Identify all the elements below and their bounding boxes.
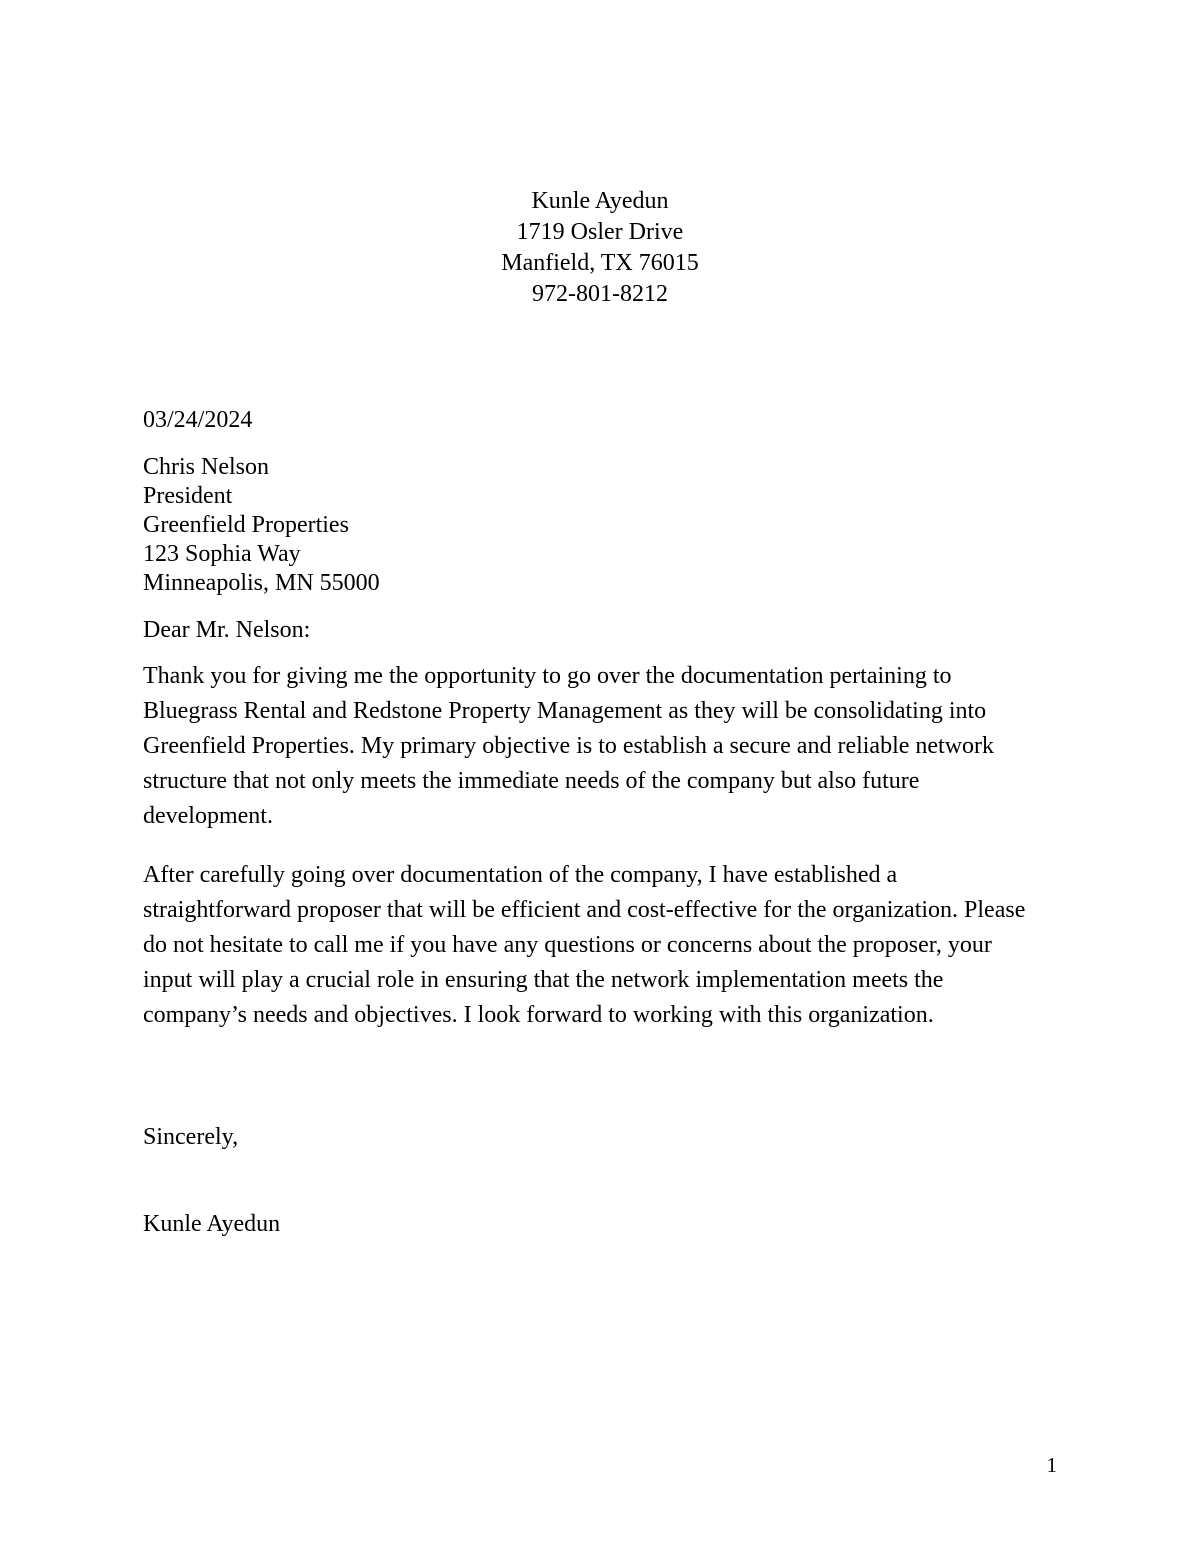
letter-body: 03/24/2024 Chris Nelson President Greenf…: [0, 406, 1200, 1239]
body-paragraph-1: Thank you for giving me the opportunity …: [143, 659, 1042, 834]
valediction: Sincerely,: [143, 1123, 1042, 1152]
recipient-block: Chris Nelson President Greenfield Proper…: [143, 453, 1042, 598]
sender-name: Kunle Ayedun: [0, 186, 1200, 217]
recipient-title: President: [143, 482, 1042, 511]
signature-name: Kunle Ayedun: [143, 1210, 1042, 1239]
letter-page: Kunle Ayedun 1719 Osler Drive Manfield, …: [0, 0, 1200, 1553]
recipient-street: 123 Sophia Way: [143, 540, 1042, 569]
recipient-name: Chris Nelson: [143, 453, 1042, 482]
page-number: 1: [1047, 1452, 1058, 1478]
letter-date: 03/24/2024: [143, 406, 1042, 435]
sender-address-line2: Manfield, TX 76015: [0, 248, 1200, 279]
sender-block: Kunle Ayedun 1719 Osler Drive Manfield, …: [0, 0, 1200, 310]
sender-phone: 972-801-8212: [0, 279, 1200, 310]
recipient-city-state-zip: Minneapolis, MN 55000: [143, 569, 1042, 598]
salutation: Dear Mr. Nelson:: [143, 616, 1042, 645]
body-paragraph-2: After carefully going over documentation…: [143, 858, 1042, 1033]
sender-address-line1: 1719 Osler Drive: [0, 217, 1200, 248]
recipient-company: Greenfield Properties: [143, 511, 1042, 540]
